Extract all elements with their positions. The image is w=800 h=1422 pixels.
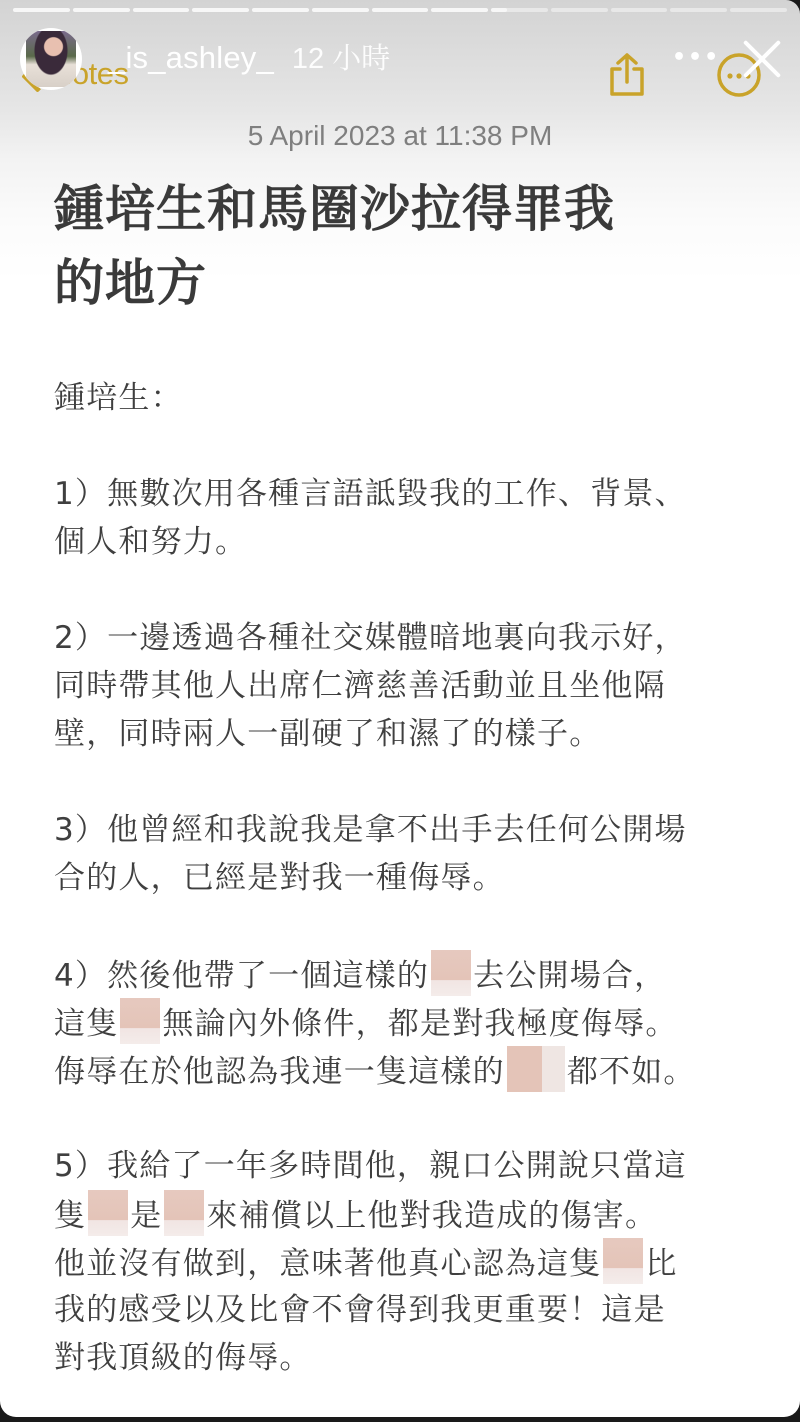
progress-segment bbox=[133, 8, 190, 12]
paragraph-line: 隻是來補償以上他對我造成的傷害。 bbox=[54, 1190, 754, 1238]
avatar-image bbox=[26, 31, 76, 87]
progress-segment bbox=[730, 8, 787, 12]
paragraph-3: 3）他曾經和我說我是拿不出手去任何公開場 合的人，已經是對我一種侮辱。 bbox=[54, 806, 754, 902]
progress-segment bbox=[670, 8, 727, 12]
paragraph-line: 個人和努力。 bbox=[54, 518, 754, 566]
heading-text: 鍾培生： bbox=[54, 374, 754, 422]
censored-blur bbox=[120, 998, 160, 1044]
progress-segment-current bbox=[491, 8, 548, 12]
paragraph-line: 5）我給了一年多時間他，親口公開說只當這 bbox=[54, 1142, 754, 1190]
paragraph-line: 2）一邊透過各種社交媒體暗地裏向我示好， bbox=[54, 614, 754, 662]
progress-segment bbox=[252, 8, 309, 12]
paragraph-line: 3）他曾經和我說我是拿不出手去任何公開場 bbox=[54, 806, 754, 854]
story-user-info: _is_ashley_ 12 小時 bbox=[108, 36, 390, 77]
username-link[interactable]: _is_ashley_ bbox=[108, 40, 274, 76]
text-run: 侮辱在於他認為我連一隻這樣的 bbox=[54, 1054, 505, 1090]
censored-blur bbox=[88, 1190, 128, 1236]
paragraph-line: 我的感受以及比會不會得到我更重要！這是 bbox=[54, 1286, 754, 1334]
progress-segment bbox=[312, 8, 369, 12]
paragraph-line: 4）然後他帶了一個這樣的去公開場合， bbox=[54, 950, 754, 998]
story-viewer: Notes _is_ashley_ 12 小時 ••• 5 April 2023… bbox=[0, 0, 800, 1417]
paragraph-line: 這隻無論內外條件，都是對我極度侮辱。 bbox=[54, 998, 754, 1046]
text-run: 是 bbox=[130, 1198, 162, 1234]
note-date: 5 April 2023 at 11:38 PM bbox=[0, 120, 800, 152]
story-progress-bar bbox=[13, 8, 787, 12]
progress-segment bbox=[431, 8, 488, 12]
text-run: 都不如。 bbox=[567, 1054, 696, 1090]
paragraph-line: 同時帶其他人出席仁濟慈善活動並且坐他隔 bbox=[54, 662, 754, 710]
censored-blur bbox=[603, 1238, 643, 1284]
screen-bottom-edge bbox=[0, 1417, 800, 1422]
progress-segment bbox=[551, 8, 608, 12]
censored-blur bbox=[164, 1190, 204, 1236]
close-icon[interactable] bbox=[740, 36, 784, 80]
story-timestamp: 12 小時 bbox=[292, 36, 390, 77]
progress-segment bbox=[73, 8, 130, 12]
progress-segment bbox=[372, 8, 429, 12]
story-more-options-button[interactable]: ••• bbox=[672, 45, 720, 70]
text-run: 去公開場合， bbox=[473, 958, 666, 994]
note-body: 鍾培生： 1）無數次用各種言語詆毀我的工作、背景、 個人和努力。 2）一邊透過各… bbox=[54, 374, 754, 1417]
text-run: 隻 bbox=[54, 1198, 86, 1234]
censored-blur bbox=[431, 950, 471, 996]
text-run: 4）然後他帶了一個這樣的 bbox=[54, 958, 429, 994]
censored-blur bbox=[507, 1046, 565, 1092]
text-run: 比 bbox=[645, 1246, 677, 1282]
avatar[interactable] bbox=[20, 28, 82, 90]
paragraph-1: 1）無數次用各種言語詆毀我的工作、背景、 個人和努力。 bbox=[54, 470, 754, 566]
paragraph-line: 合的人，已經是對我一種侮辱。 bbox=[54, 854, 754, 902]
text-run: 這隻 bbox=[54, 1006, 118, 1042]
section-heading: 鍾培生： bbox=[54, 374, 754, 422]
progress-segment bbox=[13, 8, 70, 12]
paragraph-4: 4）然後他帶了一個這樣的去公開場合， 這隻無論內外條件，都是對我極度侮辱。 侮辱… bbox=[54, 950, 754, 1094]
note-title-line: 的地方 bbox=[54, 246, 714, 320]
progress-segment bbox=[192, 8, 249, 12]
paragraph-line: 壁，同時兩人一副硬了和濕了的樣子。 bbox=[54, 710, 754, 758]
note-title: 鍾培生和馬圈沙拉得罪我 的地方 bbox=[54, 172, 714, 320]
note-title-line: 鍾培生和馬圈沙拉得罪我 bbox=[54, 172, 714, 246]
text-run: 來補償以上他對我造成的傷害。 bbox=[206, 1198, 657, 1234]
paragraph-line: 1）無數次用各種言語詆毀我的工作、背景、 bbox=[54, 470, 754, 518]
progress-segment bbox=[611, 8, 668, 12]
paragraph-2: 2）一邊透過各種社交媒體暗地裏向我示好， 同時帶其他人出席仁濟慈善活動並且坐他隔… bbox=[54, 614, 754, 758]
paragraph-line: 對我頂級的侮辱。 bbox=[54, 1334, 754, 1382]
paragraph-line: 侮辱在於他認為我連一隻這樣的都不如。 bbox=[54, 1046, 754, 1094]
text-run: 無論內外條件，都是對我極度侮辱。 bbox=[162, 1006, 677, 1042]
paragraph-5: 5）我給了一年多時間他，親口公開說只當這 隻是來補償以上他對我造成的傷害。 他並… bbox=[54, 1142, 754, 1382]
text-run: 他並沒有做到，意味著他真心認為這隻 bbox=[54, 1246, 601, 1282]
share-icon bbox=[606, 52, 648, 98]
paragraph-line: 他並沒有做到，意味著他真心認為這隻比 bbox=[54, 1238, 754, 1286]
